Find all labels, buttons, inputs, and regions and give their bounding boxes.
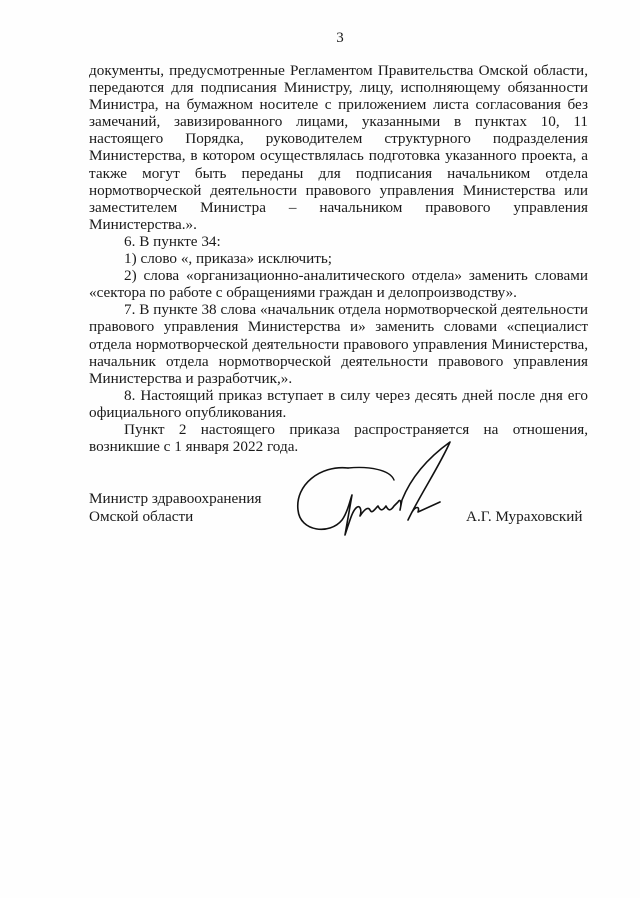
- text-line: передаются для подписания Министру, лицу…: [89, 79, 588, 96]
- paragraph-item-7: 7. В пункте 38 слова «начальник отдела н…: [89, 301, 588, 318]
- paragraph-clause-2: Пункт 2 настоящего приказа распространяе…: [89, 421, 588, 438]
- text-line: замечаний, завизированного лицами, указа…: [89, 113, 588, 130]
- subitem-2: 2) слова «организационно-аналитического …: [89, 267, 588, 284]
- text-line: Министерства.».: [89, 216, 588, 233]
- text-line: настоящего Порядка, руководителем структ…: [89, 130, 588, 147]
- text-line: заместителем Министра – начальником прав…: [89, 199, 588, 216]
- signatory-name: А.Г. Мураховский: [466, 508, 583, 526]
- handwritten-signature-icon: [290, 440, 470, 540]
- document-body: документы, предусмотренные Регламентом П…: [89, 62, 588, 455]
- text-line: официального опубликования.: [89, 404, 588, 421]
- signatory-position: Министр здравоохранения Омской области: [89, 490, 262, 526]
- text-line: также могут быть переданы для подписания…: [89, 165, 588, 182]
- signatory-position-line2: Омской области: [89, 508, 262, 526]
- text-line: отдела нормотворческой деятельности прав…: [89, 336, 588, 353]
- document-page: 3 документы, предусмотренные Регламентом…: [0, 0, 640, 898]
- text-line: документы, предусмотренные Регламентом П…: [89, 62, 588, 79]
- paragraph-item-6: 6. В пункте 34:: [89, 233, 588, 250]
- text-line: Министерства, в котором осуществлялась п…: [89, 147, 588, 164]
- text-line: начальник отдела нормотворческой деятель…: [89, 353, 588, 370]
- paragraph-item-8: 8. Настоящий приказ вступает в силу чере…: [89, 387, 588, 404]
- text-line: Министерства и разработчик,».: [89, 370, 588, 387]
- text-line: нормотворческой деятельности правового у…: [89, 182, 588, 199]
- signatory-position-line1: Министр здравоохранения: [89, 490, 262, 508]
- page-number: 3: [0, 30, 640, 47]
- subitem-1: 1) слово «, приказа» исключить;: [89, 250, 588, 267]
- text-line: Министра, на бумажном носителе с приложе…: [89, 96, 588, 113]
- text-line: «сектора по работе с обращениями граждан…: [89, 284, 588, 301]
- text-line: правового управления Министерства и» зам…: [89, 318, 588, 335]
